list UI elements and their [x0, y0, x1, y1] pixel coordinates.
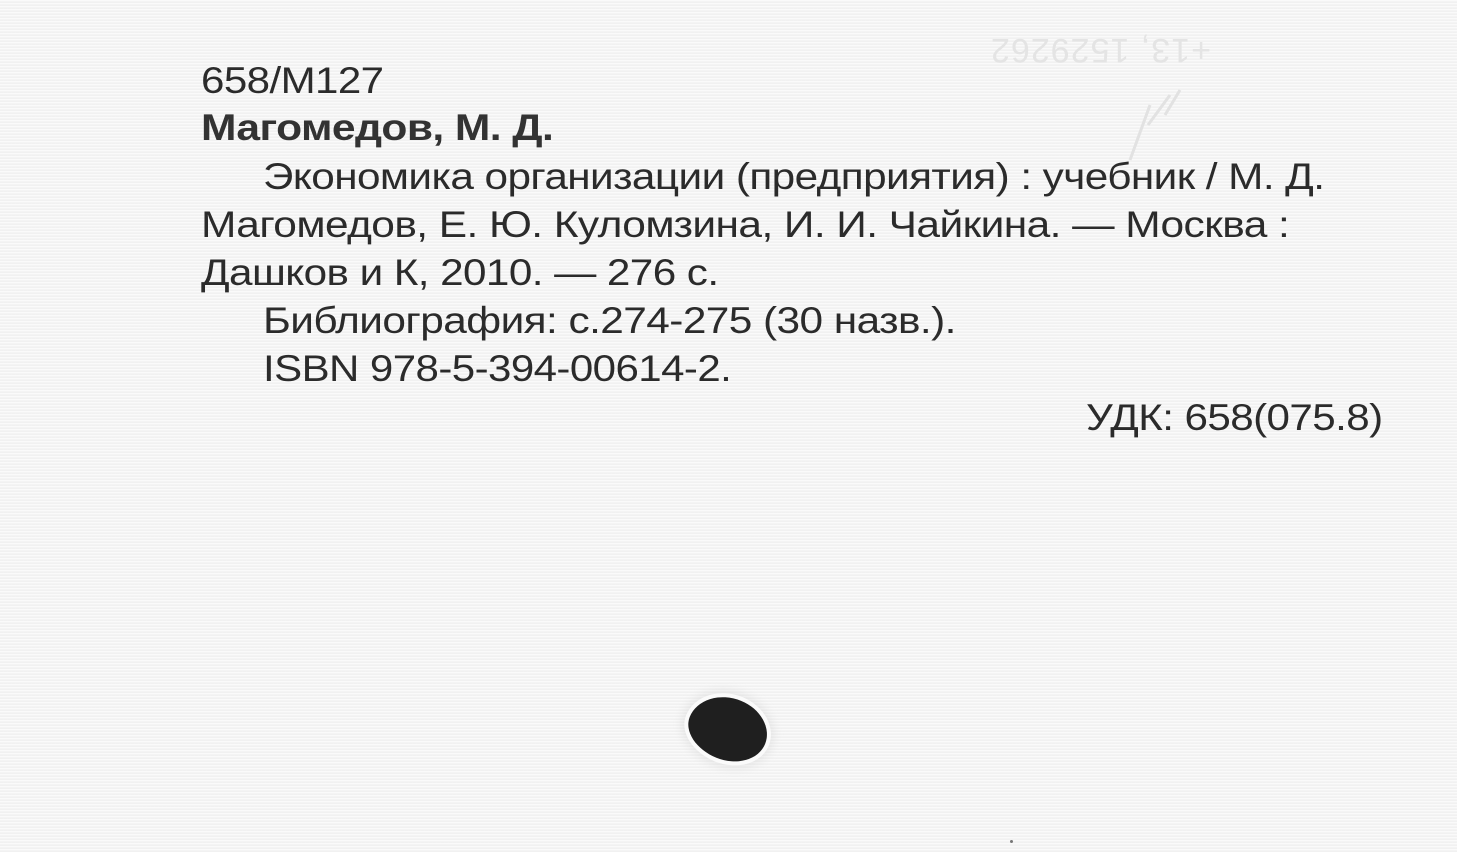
isbn: ISBN 978-5-394-00614-2. [263, 347, 731, 391]
paper-speck [1010, 840, 1013, 843]
handwritten-check-mark [1120, 85, 1190, 165]
title-line-1: Экономика организации (предприятия) : уч… [263, 155, 1324, 199]
punch-hole [679, 685, 776, 772]
title-line-2: Магомедов, Е. Ю. Куломзина, И. И. Чайкин… [201, 203, 1289, 247]
call-number: 658/М127 [201, 59, 384, 103]
faint-inventory-mark: +13, 1529262 [990, 30, 1211, 69]
bibliography-note: Библиография: с.274-275 (30 назв.). [263, 299, 956, 343]
author-heading: Магомедов, М. Д. [201, 106, 553, 150]
publication-line: Дашков и К, 2010. — 276 с. [201, 251, 719, 295]
udc-classification: УДК: 658(075.8) [1086, 396, 1383, 440]
catalog-card: +13, 1529262 658/М127 Магомедов, М. Д. Э… [0, 0, 1457, 852]
